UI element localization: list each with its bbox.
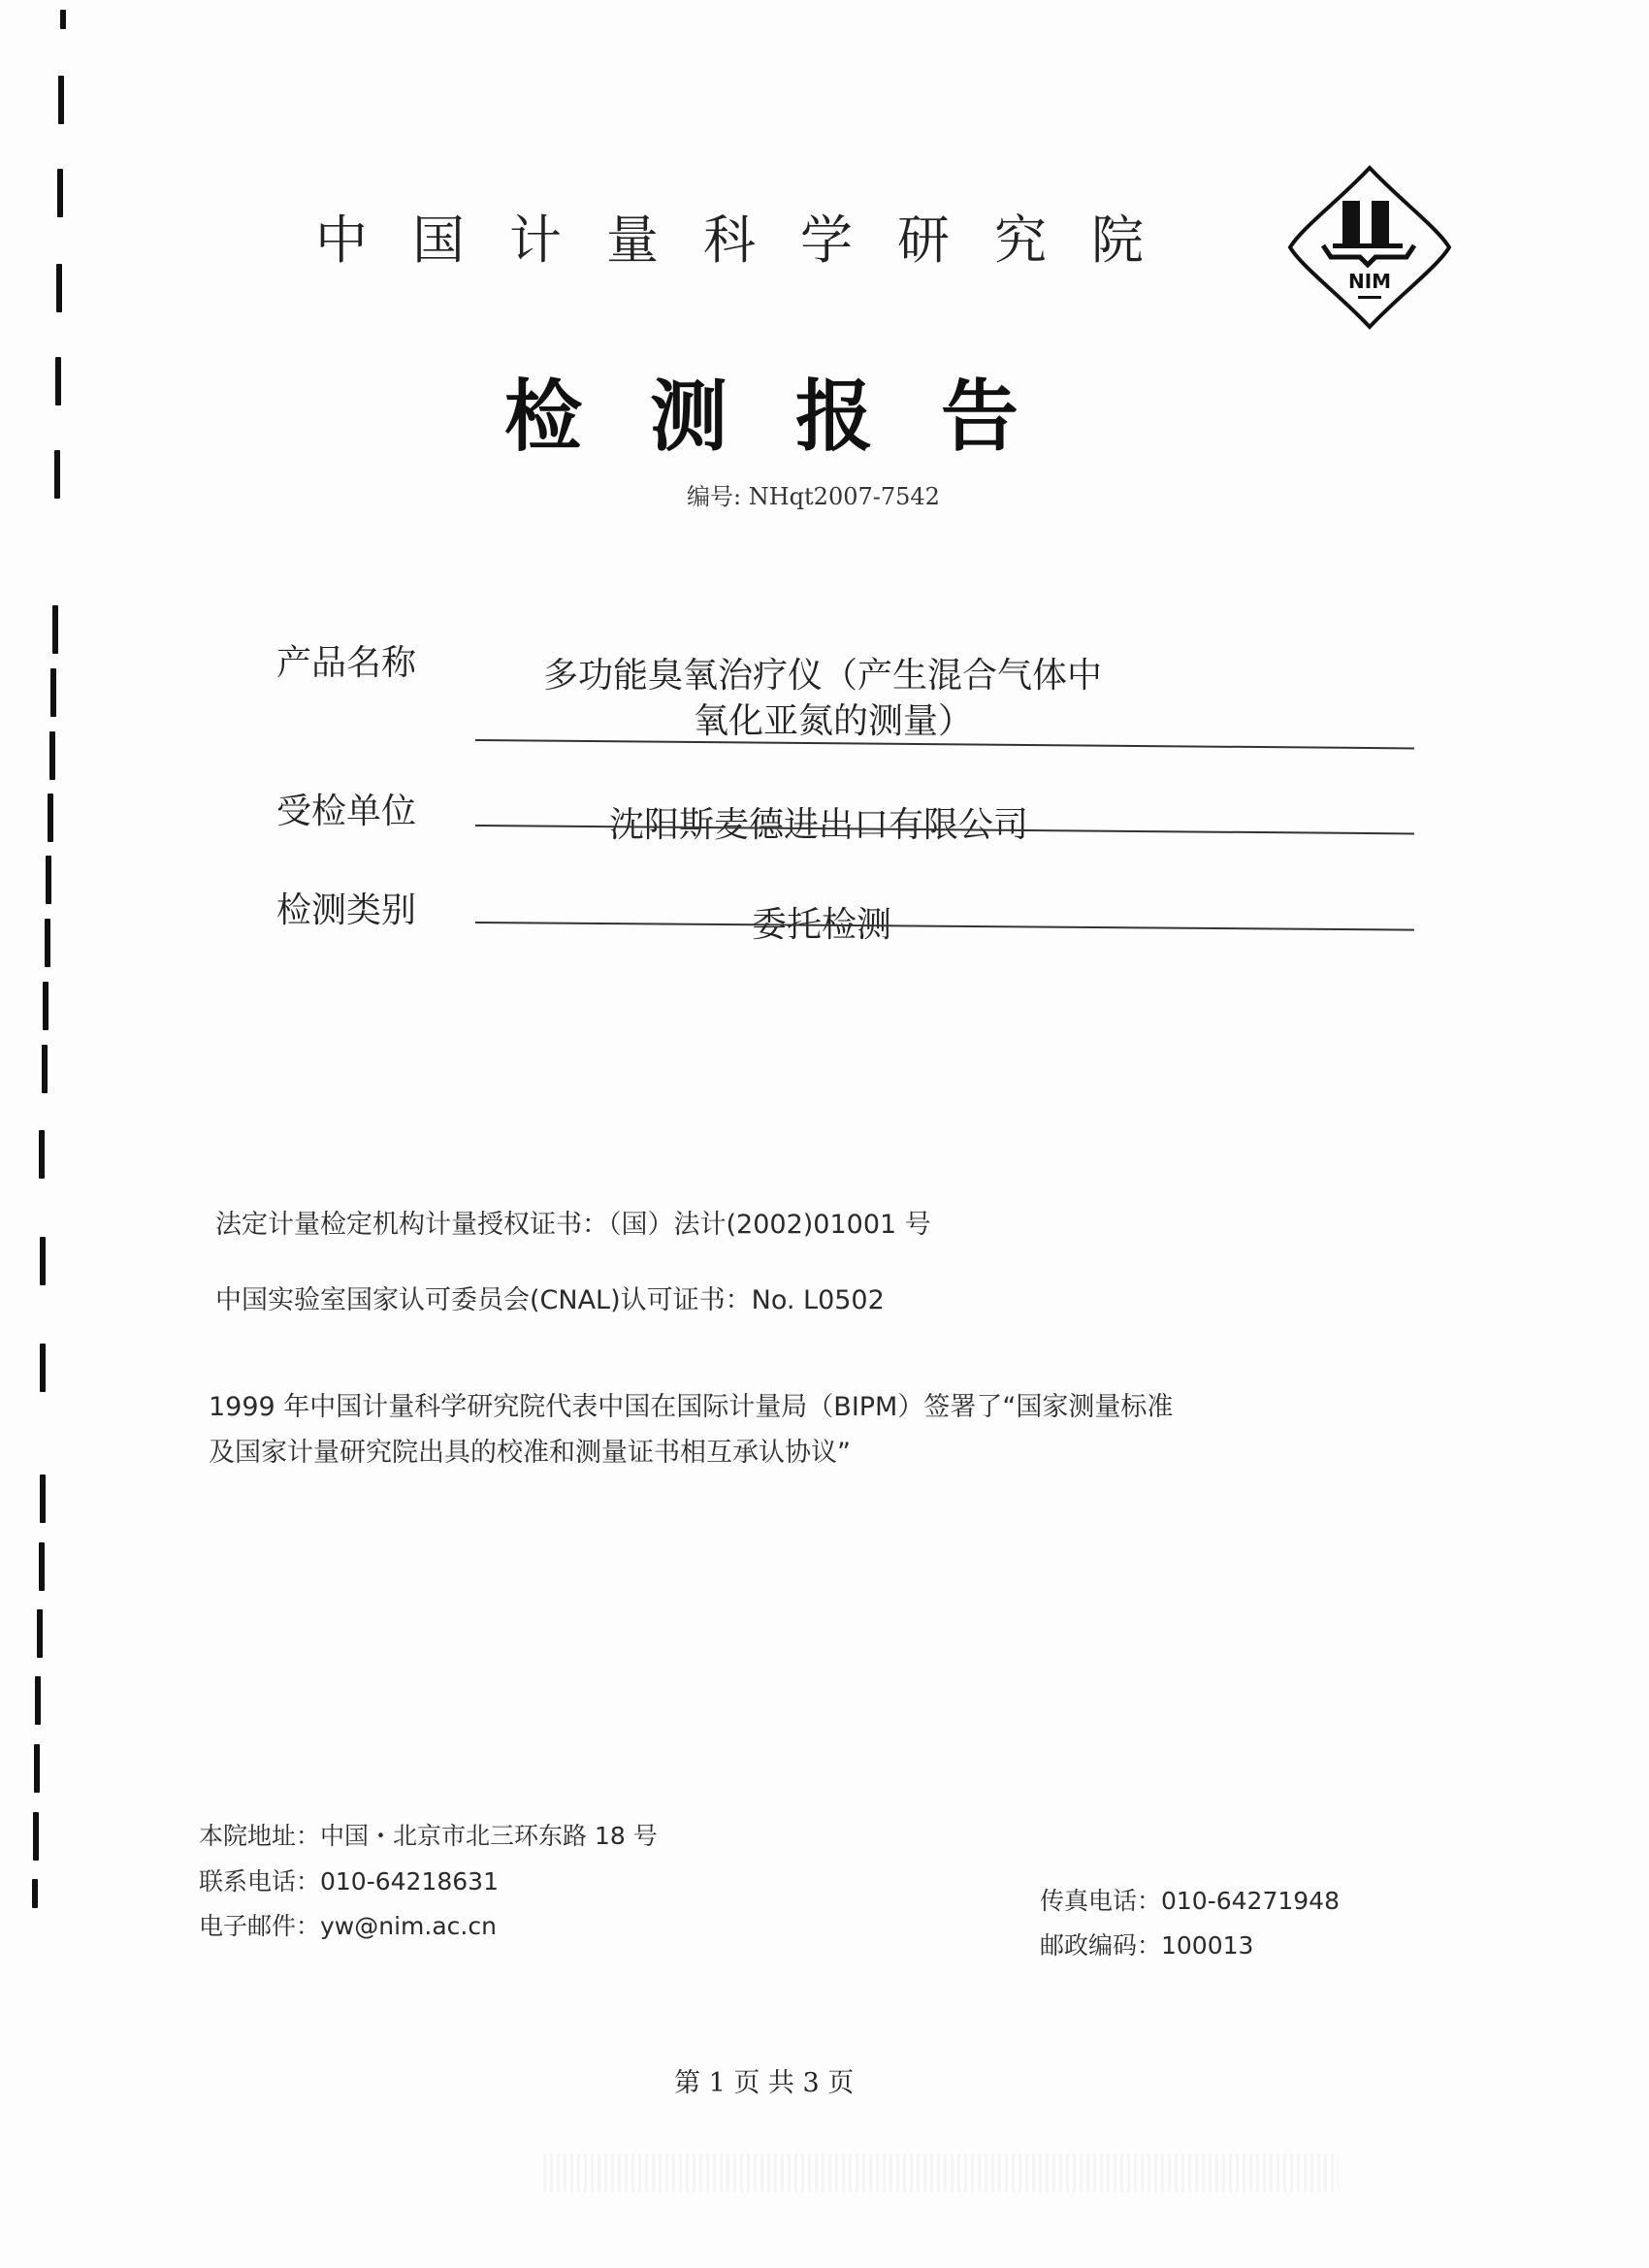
- binding-mark: [49, 731, 55, 780]
- report-number-label: 编号:: [687, 483, 741, 510]
- binding-mark: [48, 794, 53, 842]
- binding-mark: [58, 76, 64, 124]
- binding-mark: [32, 1879, 38, 1908]
- binding-mark: [40, 1237, 46, 1285]
- contact-postcode: 邮政编码：100013: [1040, 1927, 1253, 1961]
- binding-mark: [52, 605, 58, 654]
- report-number-value: NHqt2007-7542: [749, 483, 940, 510]
- binding-mark: [50, 668, 56, 717]
- field-label-test-type: 检测类别: [276, 883, 416, 932]
- binding-mark: [43, 982, 48, 1030]
- binding-mark: [42, 1045, 48, 1093]
- binding-mark: [45, 919, 50, 967]
- contact-fax: 传真电话：010-64271948: [1040, 1882, 1340, 1917]
- field-value-test-type: 委托检测: [752, 897, 891, 947]
- report-title: 检测报告: [504, 354, 1086, 466]
- field-value-product-name-line1: 多功能臭氧治疗仪（产生混合气体中: [543, 648, 1102, 697]
- nim-logo-icon: NIM: [1282, 160, 1457, 335]
- field-underline: [475, 922, 1414, 931]
- binding-mark: [54, 450, 60, 499]
- binding-mark: [40, 1474, 46, 1523]
- contact-address: 本院地址：中国・北京市北三环东路 18 号: [199, 1817, 658, 1852]
- institute-name: 中国计量科学研究院: [315, 199, 1188, 274]
- binding-mark: [39, 1130, 45, 1179]
- field-label-product-name: 产品名称: [276, 635, 416, 685]
- cert-authorization: 法定计量检定机构计量授权证书：（国）法计(2002)01001 号: [215, 1203, 931, 1241]
- cert-cnal: 中国实验室国家认可委员会(CNAL)认可证书：No. L0502: [215, 1279, 885, 1316]
- binding-mark: [60, 10, 66, 29]
- binding-mark: [57, 169, 63, 217]
- binding-mark: [56, 264, 62, 312]
- scan-bleed-through: [543, 2154, 1339, 2192]
- field-label-inspected-unit: 受检单位: [276, 784, 416, 833]
- contact-phone: 联系电话：010-64218631: [199, 1863, 499, 1897]
- svg-text:NIM: NIM: [1348, 270, 1391, 293]
- binding-mark: [55, 357, 61, 405]
- binding-mark: [34, 1744, 40, 1793]
- binding-mark: [46, 856, 51, 904]
- report-number: 编号: NHqt2007-7542: [687, 477, 940, 511]
- cert-bipm-line2: 及国家计量研究院出具的校准和测量证书相互承认协议”: [209, 1431, 851, 1469]
- page-indicator: 第 1 页 共 3 页: [674, 2061, 854, 2099]
- binding-mark: [39, 1542, 45, 1591]
- binding-mark: [40, 1344, 46, 1392]
- binding-mark: [33, 1812, 39, 1861]
- binding-mark: [37, 1609, 43, 1658]
- contact-email: 电子邮件：yw@nim.ac.cn: [199, 1907, 497, 1942]
- nim-logo: NIM: [1282, 160, 1457, 335]
- field-value-inspected-unit: 沈阳斯麦德进出口有限公司: [609, 797, 1028, 847]
- field-value-product-name-line2: 氧化亚氮的测量）: [694, 694, 973, 743]
- binding-mark: [35, 1676, 41, 1725]
- cert-bipm-line1: 1999 年中国计量科学研究院代表中国在国际计量局（BIPM）签署了“国家测量标…: [209, 1385, 1173, 1423]
